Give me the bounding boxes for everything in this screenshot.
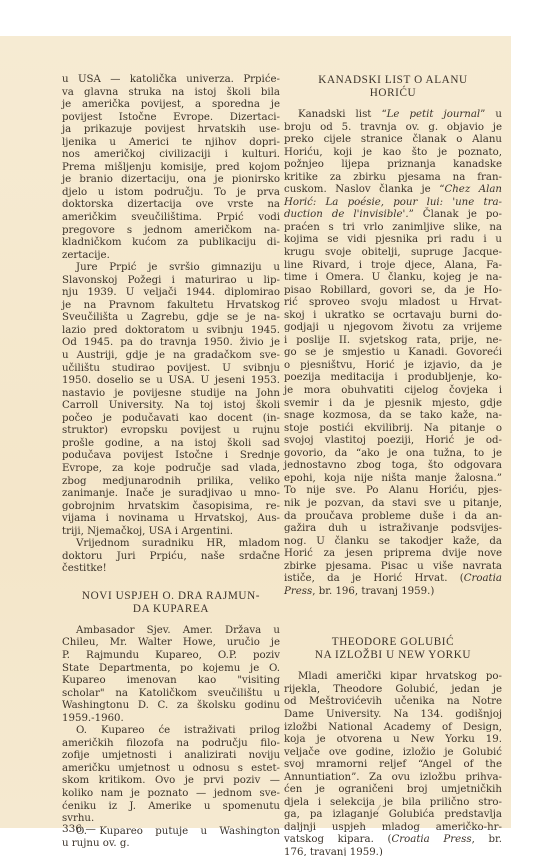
right-column: KANADSKI LIST O ALANU HORIĆU Kanadski li… xyxy=(284,74,502,856)
text-line: Kupareo imenovan kao "visiting xyxy=(62,675,280,688)
article-horic-title: KANADSKI LIST O ALANU HORIĆU xyxy=(284,74,502,100)
text-line: rijekla, Theodore Golubić, jedan je xyxy=(284,684,502,697)
text-line: vijama i novinama u Hrvatskoj, Aus- xyxy=(62,513,280,526)
text-line: Evrope, za koje područje sad vlada, xyxy=(62,463,280,476)
text-line: ćen je ograničeni broj umjetničkih xyxy=(284,784,502,797)
text-line: nik je pozvan, da stavi sve u pitanje, xyxy=(284,498,502,511)
text-line: stoje postići ekvilibrij. Na pitanje o xyxy=(284,423,502,436)
text-line: snage kozmosa, da se tako kaže, na- xyxy=(284,410,502,423)
text-line: u rujnu ov. g. xyxy=(62,838,280,851)
text-line: godjaji u njegovom životu za vrijeme xyxy=(284,322,502,335)
text-line: 1959.-1960. xyxy=(62,713,280,726)
article-golubic-body: Mladi američki kipar hrvatskog po-rijekl… xyxy=(284,671,502,856)
text-line: gažira duh u istraživanje podsvijes- xyxy=(284,523,502,536)
text-line: lazio pred doktoratom u svibnju 1945. xyxy=(62,325,280,338)
text-line: američkih filozofa na području filo- xyxy=(62,738,280,751)
text-line: Washingtonu D. C. za školsku godinu xyxy=(62,700,280,713)
text-line: je branio dizertaciju, ona je pionirsko xyxy=(62,174,280,187)
text-line: svemir i da je pjesnik mjesto, gdje xyxy=(284,398,502,411)
text-line: va glavna struka na istoj školi bila xyxy=(62,87,280,100)
text-line: o pjesništvu, Horić je izjavio, da je xyxy=(284,360,502,373)
text-line: 1950. doselio se u USA. U jeseni 1953. xyxy=(62,375,280,388)
text-line: od Meštrovićevih učenika na Notre xyxy=(284,696,502,709)
text-line: u Austriji, gdje je na gradačkom sve- xyxy=(62,350,280,363)
text-line: daljnji uspjeh mladog američko-hr- xyxy=(284,822,502,835)
text-line: ističe, da je Horić Hrvat. (Croatia xyxy=(284,573,502,586)
text-line: američkim sveučilištima. Prpić vodi xyxy=(62,212,280,225)
text-line: Sveučilišta u Zagrebu, gdje se je na- xyxy=(62,312,280,325)
text-line: epohi, koja nije ništa manje žalosna.” xyxy=(284,473,502,486)
text-line: svojoj vlastitoj poeziji, Horić je od- xyxy=(284,435,502,448)
text-line: doktorska dizertacija ove vrste na xyxy=(62,199,280,212)
text-line: Vrijednom suradniku HR, mladom xyxy=(62,538,280,551)
text-line: ljenika u Americi te njihov dopri- xyxy=(62,137,280,150)
text-line: P. Rajmundu Kupareo, O.P. poziv xyxy=(62,650,280,663)
text-line: podučava povijest Istočne i Srednje xyxy=(62,450,280,463)
text-line: zertacije. xyxy=(62,250,280,263)
text-line: Mladi američki kipar hrvatskog po- xyxy=(284,671,502,684)
text-line: djela i selekcija je bila prilično stro- xyxy=(284,797,502,810)
text-line: struktor) evropsku povijest u rujnu xyxy=(62,425,280,438)
text-line: duction de l'invisible'.” Članak je po- xyxy=(284,209,502,222)
text-line: požnjeo lijepa priznanja kanadske xyxy=(284,159,502,172)
text-line: kojima se vidi pjesnika pri radu i u xyxy=(284,234,502,247)
text-line: Chileu, Mr. Walter Howe, uručio je xyxy=(62,637,280,650)
text-line: i poslije II. svjetskog rata, prije, ne- xyxy=(284,335,502,348)
headline-line: NA IZLOŽBI U NEW YORKU xyxy=(284,649,502,662)
text-line: izložbi National Academy of Design, xyxy=(284,722,502,735)
text-line: gobrojnim hrvatskim časopisima, re- xyxy=(62,501,280,514)
text-line: vatskog kipara. (Croatia Press, br. xyxy=(284,834,502,847)
text-line: scholar" na Katoličkom sveučilištu u xyxy=(62,688,280,701)
text-line: nastavio je povijesne studije na John xyxy=(62,388,280,401)
text-line: čestitke! xyxy=(62,563,280,576)
text-line: učilištu studirao povijest. U svibnju xyxy=(62,363,280,376)
text-line: rić sproveo svoju mladost u Hrvat- xyxy=(284,297,502,310)
text-line: govorio, da “ako je ona tužna, to je xyxy=(284,448,502,461)
text-line: pisao Robillard, govori se, da je Ho- xyxy=(284,285,502,298)
headline-line: KANADSKI LIST O ALANU xyxy=(284,74,502,87)
text-line: Press, br. 196, travanj 1959.) xyxy=(284,586,502,599)
headline-line: DA KUPAREA xyxy=(62,603,280,616)
text-line: djelo u istom području. To je prva xyxy=(62,187,280,200)
text-line: skoj i ukratko se ocrtavaju burni do- xyxy=(284,310,502,323)
text-line: doktoru Juri Prpiću, naše srdačne xyxy=(62,551,280,564)
text-line: ga, pa izlaganje Golubića predstavlja xyxy=(284,809,502,822)
text-line: kladničkom kućom za publikaciju di- xyxy=(62,237,280,250)
article-golubic-title: THEODORE GOLUBIĆ NA IZLOŽBI U NEW YORKU xyxy=(284,636,502,662)
article-kupareo-paragraph-2: O. Kupareo će istraživati prilogamerički… xyxy=(62,725,280,825)
article-prpic-paragraph-2: Jure Prpić je svršio gimnaziju uSlavonsk… xyxy=(62,262,280,538)
text-line: američku umjetnost u odnosu s estet- xyxy=(62,763,280,776)
text-line: go se je smjestio u Kanadi. Govoreći xyxy=(284,347,502,360)
text-line: line Rivard, i troje djece, Alana, Fa- xyxy=(284,260,502,273)
text-line: Annuntiation”. Za ovu izložbu prihva- xyxy=(284,772,502,785)
text-line: Kanadski list “Le petit journal” u xyxy=(284,109,502,122)
text-line: da proučava probleme duše i da an- xyxy=(284,511,502,524)
text-line: je američka povijest, a sporedna je xyxy=(62,99,280,112)
text-line: time i Omera. U članku, kojeg je na- xyxy=(284,272,502,285)
text-line: ja prikazuje povijest hrvatskih use- xyxy=(62,124,280,137)
text-line: Prema mišljenju komisije, pred kojom xyxy=(62,162,280,175)
text-line: je na Pravnom fakultetu Hrvatskog xyxy=(62,300,280,313)
article-kupareo-title: NOVI USPJEH O. DRA RAJMUN- DA KUPAREA xyxy=(62,590,280,616)
article-horic-body: Kanadski list “Le petit journal” ubroju … xyxy=(284,109,502,598)
article-prpic-continued: u USA — katolička univerza. Prpiće-va gl… xyxy=(62,74,280,262)
text-line: zbog medjunarodnih prilika, veliko xyxy=(62,476,280,489)
headline-line: HORIĆU xyxy=(284,87,502,100)
text-line: u USA — katolička univerza. Prpiće- xyxy=(62,74,280,87)
text-line: krugu svoje obitelji, supruge Jacque- xyxy=(284,247,502,260)
text-line: povijest Istočne Evrope. Dizertaci- xyxy=(62,112,280,125)
text-line: praćen s tri vrlo zanimljive slike, na xyxy=(284,222,502,235)
text-line: nos američkoj civilizaciji i kulturi. xyxy=(62,149,280,162)
text-line: zbirke pjesama. Pisac u više navrata xyxy=(284,561,502,574)
text-line: nju 1939. U veljači 1944. diplomirao xyxy=(62,287,280,300)
text-line: broju od 5. travnja ov. g. objavio je xyxy=(284,122,502,135)
text-line: zanimanje. Inače je suradjivao u mno- xyxy=(62,488,280,501)
text-line: preko cijele stranice članak o Alanu xyxy=(284,134,502,147)
text-line: Carroll University. Na toj istoj školi xyxy=(62,400,280,413)
left-column: u USA — katolička univerza. Prpiće-va gl… xyxy=(62,74,280,851)
text-line: zofije umjetnosti i analizirati noviju xyxy=(62,750,280,763)
text-line: poezija meditacija i produbljenje, ko- xyxy=(284,372,502,385)
text-line: Horić za jesen priprema dvije nove xyxy=(284,548,502,561)
text-line: počeo je podučavati kao docent (in- xyxy=(62,413,280,426)
article-kupareo-paragraph-1: Ambasador Sjev. Amer. Država uChileu, Mr… xyxy=(62,625,280,725)
text-line: jednostavno zbog toga, što odgovara xyxy=(284,460,502,473)
text-line: State Departmenta, po kojemu je O. xyxy=(62,663,280,676)
text-line: kritike za zbirku pjesama na fran- xyxy=(284,172,502,185)
text-line: Dame University. Na 134. godišnjoj xyxy=(284,709,502,722)
text-line: ćeniku iz J. Amerike u spomenutu xyxy=(62,801,280,814)
text-line: cuskom. Naslov članka je “Chez Alan xyxy=(284,184,502,197)
text-line: svoj mramorni reljef “Angel of the xyxy=(284,759,502,772)
text-line: To nije sve. Po Alanu Horiću, pjes- xyxy=(284,485,502,498)
text-line: O. Kupareo će istraživati prilog xyxy=(62,725,280,738)
text-line: koja je otvorena u New Yorku 19. xyxy=(284,734,502,747)
text-line: Slavonskoj Požegi i maturirao u lip- xyxy=(62,275,280,288)
text-line: Od 1945. pa do travnja 1950. živio je xyxy=(62,337,280,350)
text-line: triji, Njemačkoj, USA i Argentini. xyxy=(62,526,280,539)
text-line: Horić: La poésie, pour lui: 'une tra- xyxy=(284,197,502,210)
text-line: 176, travanj 1959.) xyxy=(284,847,502,856)
text-line: Horiću, koji je kao što je poznato, xyxy=(284,147,502,160)
article-prpic-paragraph-3: Vrijednom suradniku HR, mladomdoktoru Ju… xyxy=(62,538,280,576)
text-line: skom kritikom. Ovo je prvi poziv — xyxy=(62,775,280,788)
headline-line: THEODORE GOLUBIĆ xyxy=(284,636,502,649)
headline-line: NOVI USPJEH O. DRA RAJMUN- xyxy=(62,590,280,603)
text-line: veljače ove godine, izložio je Golubić xyxy=(284,747,502,760)
text-line: Jure Prpić je svršio gimnaziju u xyxy=(62,262,280,275)
magazine-page: u USA — katolička univerza. Prpiće-va gl… xyxy=(0,36,511,828)
text-line: Ambasador Sjev. Amer. Država u xyxy=(62,625,280,638)
page-number: 336 — xyxy=(62,823,96,835)
text-line: je mora obuhvatiti cijelog čovjeka i xyxy=(284,385,502,398)
text-line: koliko nam je poznato — jednom sve- xyxy=(62,788,280,801)
text-line: nog. U članku se takodjer kaže, da xyxy=(284,536,502,549)
text-line: pregovore s jednom američkom na- xyxy=(62,225,280,238)
text-line: prošle godine, a na istoj školi sad xyxy=(62,438,280,451)
